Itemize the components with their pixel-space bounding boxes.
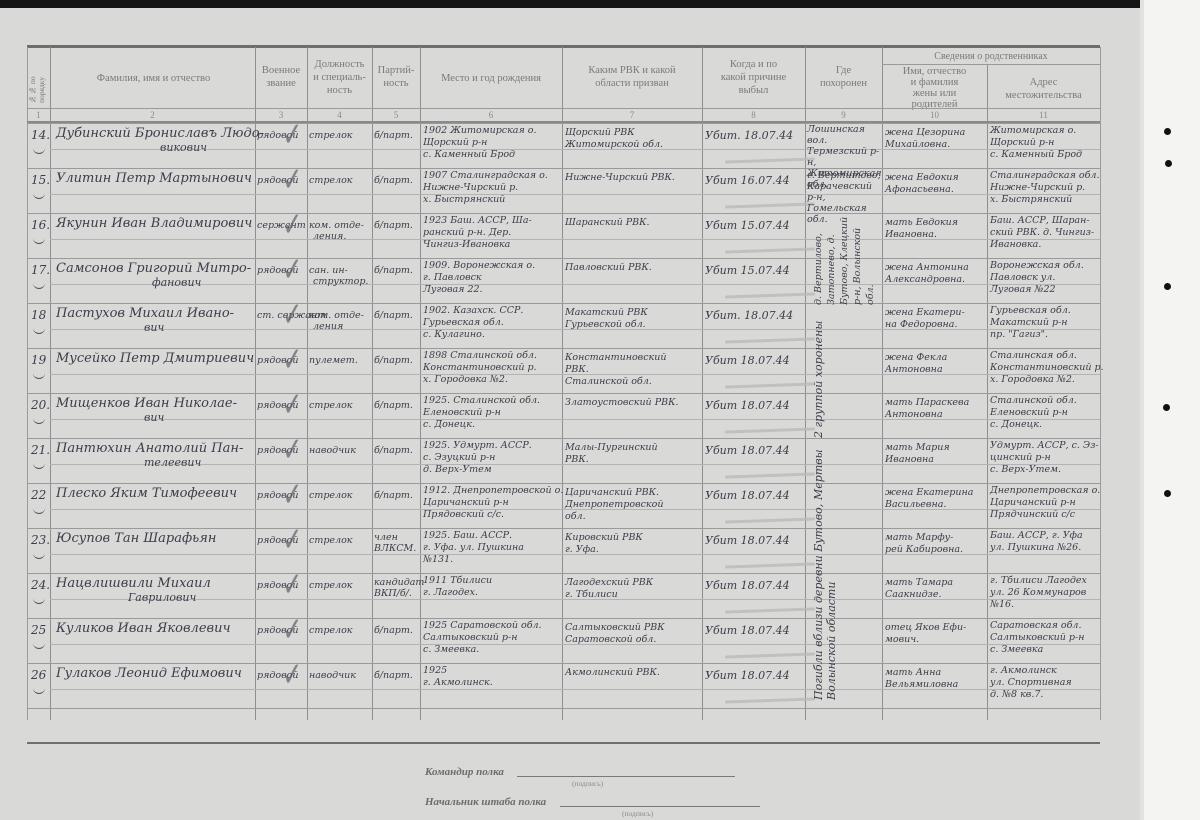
birth-place: с. Эзуцкий р-н xyxy=(423,452,495,463)
party: б/парт. xyxy=(374,355,413,366)
header-buried: Гдепохоронен xyxy=(805,64,882,90)
check-mark: ✓ xyxy=(282,295,302,335)
column-number: 11 xyxy=(987,110,1100,120)
address: г. Тбилиси Лагодех xyxy=(990,575,1087,586)
birth-place: 1912. Днепропетровской о. xyxy=(423,485,563,496)
header-party: Партий-ность xyxy=(372,64,420,90)
binding-hole xyxy=(1164,490,1171,497)
birth-place: с. Змеевка. xyxy=(423,644,479,655)
row-divider xyxy=(27,438,1100,439)
row-divider xyxy=(27,348,1100,349)
when-left: Убит 18.07.44 xyxy=(705,445,790,457)
address: с. Каменный Брод xyxy=(990,149,1082,160)
party: член xyxy=(374,532,398,543)
birth-place: 1925. Баш. АССР. xyxy=(423,530,512,541)
row-divider xyxy=(27,528,1100,529)
check-mark: ✓ xyxy=(282,340,302,380)
address: Павловск ул. xyxy=(990,272,1055,283)
column-divider xyxy=(50,47,51,720)
rvk: Константиновский xyxy=(565,352,666,363)
relative-name: Александровна. xyxy=(885,274,965,285)
birth-place: 1925. Сталинской обл. xyxy=(423,395,540,406)
rvk: РВК. xyxy=(565,364,589,375)
address: Щорский р-н xyxy=(990,137,1054,148)
birth-place: г. Лагодех. xyxy=(423,587,478,598)
table-top-rule xyxy=(27,45,1100,48)
address: Еленовский р-н xyxy=(990,407,1068,418)
birth-place: д. Верх-Утем xyxy=(423,464,492,475)
rvk: Житомирской обл. xyxy=(565,139,663,150)
table-border xyxy=(1100,47,1101,720)
address: Гурьевская обл. xyxy=(990,305,1071,316)
row-number: 21. xyxy=(31,444,50,456)
position: стрелок xyxy=(309,130,352,141)
soldier-name: Мусейко Петр Дмитриевич xyxy=(56,353,254,365)
address: х. Быстрянский xyxy=(990,194,1072,205)
row-divider xyxy=(27,708,1100,709)
soldier-name: Мищенков Иван Николае- xyxy=(56,398,237,410)
header-birth: Место и год рождения xyxy=(420,72,562,85)
column-number: 2 xyxy=(50,110,255,120)
address: с. Донецк. xyxy=(990,419,1042,430)
rvk: Лагодехский РВК xyxy=(565,577,653,588)
column-number: 5 xyxy=(372,110,420,120)
address: Константиновский р. xyxy=(990,362,1104,373)
rvk: РВК. xyxy=(565,454,589,465)
when-left: Убит 18.07.44 xyxy=(705,535,790,547)
party-cont: ВЛКСМ. xyxy=(374,543,416,554)
address: Житомирская о. xyxy=(990,125,1076,136)
row-divider xyxy=(27,483,1100,484)
binding-hole xyxy=(1164,283,1171,290)
rvk: Сталинской обл. xyxy=(565,376,652,387)
position: ком. отде- xyxy=(309,220,364,231)
birth-place: 1925 Саратовской обл. xyxy=(423,620,542,631)
rvk: Шаранский РВК. xyxy=(565,217,650,228)
rvk: г. Тбилиси xyxy=(565,589,618,600)
relative-name: рей Кабировна. xyxy=(885,544,963,555)
birth-place: Еленовский р-н xyxy=(423,407,501,418)
position-cont: структор. xyxy=(313,276,368,287)
relative-name: мать Параскева xyxy=(885,397,969,408)
position-cont: ления. xyxy=(313,231,346,242)
soldier-name-cont: телеевич xyxy=(144,457,201,469)
burial-note-5: Мертвы xyxy=(812,440,825,500)
soldier-name: Нацвлишвили Михаил xyxy=(56,578,211,590)
rvk: Царичанский РВК. xyxy=(565,487,659,498)
row-number: 24. xyxy=(31,579,50,591)
rvk: Павловский РВК. xyxy=(565,262,652,273)
soldier-name: Плеско Яким Тимофеевич xyxy=(56,488,237,500)
column-number: 9 xyxy=(805,110,882,120)
row-divider xyxy=(27,213,1100,214)
birth-place: 1925 xyxy=(423,665,447,676)
column-divider xyxy=(702,47,703,720)
address: ский РВК. д. Чингиз- xyxy=(990,227,1094,238)
position-cont: ления xyxy=(313,321,343,332)
address: Макатский р-н xyxy=(990,317,1068,328)
position: стрелок xyxy=(309,490,352,501)
column-number: 4 xyxy=(307,110,372,120)
row-divider xyxy=(27,663,1100,664)
check-mark: ✓ xyxy=(282,115,302,155)
birth-place: 1907 Сталинградская о. xyxy=(423,170,548,181)
address: Днепропетровская о. xyxy=(990,485,1100,496)
address: Салтыковский р-н xyxy=(990,632,1084,643)
row-number: 15. xyxy=(31,174,50,186)
address: Саратовская обл. xyxy=(990,620,1082,631)
relative-name: мович. xyxy=(885,634,919,645)
relative-name: Ивановна. xyxy=(885,229,937,240)
relative-name: Васильевна. xyxy=(885,499,946,510)
address: Сталинской обл. xyxy=(990,395,1077,406)
check-mark: ✓ xyxy=(282,655,302,695)
birth-place: 1902 Житомирская о. xyxy=(423,125,537,136)
chief-signature-line[interactable] xyxy=(560,806,760,807)
birth-place: ранский р-н. Дер. xyxy=(423,227,511,238)
when-left: Убит. 18.07.44 xyxy=(705,130,793,142)
rvk: Малы-Пургинский xyxy=(565,442,658,453)
rvk: Кировский РВК xyxy=(565,532,643,543)
relative-name: Афонасьевна. xyxy=(885,184,954,195)
position: стрелок xyxy=(309,400,352,411)
chief-signature-caption: (подпись) xyxy=(622,809,653,818)
soldier-name-cont: вич xyxy=(144,322,164,334)
address: ул. Спортивная xyxy=(990,677,1072,688)
address: ул. Пушкина №26. xyxy=(990,542,1081,553)
when-left: Убит 18.07.44 xyxy=(705,670,790,682)
column-divider xyxy=(372,47,373,720)
birth-place: Луговая 22. xyxy=(423,284,483,295)
burial-note-6: Погибли вблизи деревни Бутово, Волынской… xyxy=(812,500,846,700)
rvk: Акмолинский РВК. xyxy=(565,667,660,678)
party: б/парт. xyxy=(374,490,413,501)
commander-signature-caption: (подпись) xyxy=(572,779,603,788)
party: б/парт. xyxy=(374,310,413,321)
birth-place: х. Быстрянский xyxy=(423,194,505,205)
party: кандидат xyxy=(374,577,424,588)
birth-place: с. Донецк. xyxy=(423,419,475,430)
row-number: 16. xyxy=(31,219,50,231)
relative-name: мать Мария xyxy=(885,442,950,453)
position: наводчик xyxy=(309,445,356,456)
address: г. Акмолинск xyxy=(990,665,1057,676)
relative-name: Саакнидзе. xyxy=(885,589,942,600)
position: стрелок xyxy=(309,625,352,636)
row-number: 25 xyxy=(31,624,46,636)
relative-name: мать Анна xyxy=(885,667,941,678)
birth-place: Царичанский р-н xyxy=(423,497,509,508)
header-divider xyxy=(27,108,1100,109)
address: №16. xyxy=(990,599,1014,610)
birth-place: Гурьевская обл. xyxy=(423,317,504,328)
birth-place: г. Акмолинск. xyxy=(423,677,493,688)
check-mark: ✓ xyxy=(282,250,302,290)
rvk: Гурьевской обл. xyxy=(565,319,646,330)
header-when: Когда и покакой причиневыбыл xyxy=(702,58,805,97)
check-mark: ✓ xyxy=(282,385,302,425)
rvk: обл. xyxy=(565,511,586,522)
birth-place: Щорский р-н xyxy=(423,137,487,148)
column-divider xyxy=(987,64,988,720)
row-divider xyxy=(27,393,1100,394)
soldier-name: Пастухов Михаил Ивано- xyxy=(56,308,234,320)
relative-name: жена Цезорина xyxy=(885,127,965,138)
relative-name: мать Евдокия xyxy=(885,217,958,228)
column-number: 6 xyxy=(420,110,562,120)
rvk: Макатский РВК xyxy=(565,307,648,318)
rvk: Салтыковский РВК xyxy=(565,622,665,633)
party: б/парт. xyxy=(374,130,413,141)
party: б/парт. xyxy=(374,220,413,231)
birth-place: 1902. Казахск. ССР. xyxy=(423,305,523,316)
row-divider xyxy=(27,303,1100,304)
soldier-name-cont: фанович xyxy=(152,277,201,289)
relative-name: жена Антонина xyxy=(885,262,969,273)
rvk: Златоустовский РВК. xyxy=(565,397,678,408)
column-number: 10 xyxy=(882,110,987,120)
relative-name: мать Тамара xyxy=(885,577,953,588)
when-left: Убит 18.07.44 xyxy=(705,490,790,502)
rvk: г. Уфа. xyxy=(565,544,599,555)
column-divider xyxy=(562,47,563,720)
party: б/парт. xyxy=(374,400,413,411)
address: с. Змеевка xyxy=(990,644,1043,655)
header-name: Фамилия, имя и отчество xyxy=(52,72,255,85)
party: б/парт. xyxy=(374,625,413,636)
relative-name: жена Фекла xyxy=(885,352,947,363)
party: б/парт. xyxy=(374,445,413,456)
soldier-name: Куликов Иван Яковлевич xyxy=(56,623,231,635)
when-left: Убит 18.07.44 xyxy=(705,625,790,637)
birth-place: Салтыковский р-н xyxy=(423,632,517,643)
party: б/парт. xyxy=(374,670,413,681)
position: пулемет. xyxy=(309,355,358,366)
check-mark: ✓ xyxy=(282,430,302,470)
birth-place: 1909. Воронежская о. xyxy=(423,260,535,271)
relative-name: Антоновна xyxy=(885,364,943,375)
header-relatives-group: Сведения о родственниках xyxy=(882,50,1100,63)
address: Сталинская обл. xyxy=(990,350,1077,361)
when-left: Убит 18.07.44 xyxy=(705,580,790,592)
birth-place: Константиновский р. xyxy=(423,362,537,373)
address: Баш. АССР, Шаран- xyxy=(990,215,1090,226)
header-col-number: №№ по порядку xyxy=(28,72,50,108)
column-number: 1 xyxy=(27,110,50,120)
soldier-name: Улитин Петр Мартынович xyxy=(56,173,252,185)
address: д. №8 кв.7. xyxy=(990,689,1043,700)
soldier-name: Дубинский Брониславъ Людо- xyxy=(56,128,264,140)
party: б/парт. xyxy=(374,265,413,276)
row-number: 17. xyxy=(31,264,50,276)
relative-name: жена Евдокия xyxy=(885,172,959,183)
address: пр. "Гагиз". xyxy=(990,329,1048,340)
column-divider xyxy=(307,47,308,720)
row-divider xyxy=(27,168,1100,169)
header-address: Адресместожительства xyxy=(987,76,1100,102)
row-divider xyxy=(27,573,1100,574)
when-left: Убит 15.07.44 xyxy=(705,265,790,277)
burial-note-4: 2 группой хоронены xyxy=(812,318,825,438)
relative-name: Антоновна xyxy=(885,409,943,420)
soldier-name: Пантюхин Анатолий Пан- xyxy=(56,443,243,455)
birth-place: 1911 Тбилиси xyxy=(423,575,492,586)
birth-place: с. Каменный Брод xyxy=(423,149,515,160)
soldier-name-cont: Гаврилович xyxy=(128,592,196,604)
birth-place: Чингиз-Ивановка xyxy=(423,239,510,250)
binding-hole xyxy=(1163,404,1170,411)
row-divider xyxy=(27,258,1100,259)
soldier-name: Юсупов Тан Шарафьян xyxy=(56,533,216,545)
header-position: Должностьи специаль-ность xyxy=(307,58,372,97)
position: наводчик xyxy=(309,670,356,681)
address: Удмурт. АССР, с. Эз- xyxy=(990,440,1099,451)
header-relative-name: Имя, отчествои фамилияжены илиродителей xyxy=(882,66,987,110)
position: ком. отде- xyxy=(309,310,364,321)
rvk: Щорский РВК xyxy=(565,127,635,138)
address: ул. 26 Коммунаров xyxy=(990,587,1086,598)
when-left: Убит 16.07.44 xyxy=(705,175,790,187)
address: Сталинградская обл. xyxy=(990,170,1100,181)
soldier-name: Самсонов Григорий Митро- xyxy=(56,263,251,275)
when-left: Убит. 18.07.44 xyxy=(705,310,793,322)
burial-note-3: д. Вертилово, Затопнево, д. Бутово, Клец… xyxy=(812,215,882,305)
relative-name: Михайловна. xyxy=(885,139,950,150)
party-cont: ВКП/б/. xyxy=(374,588,412,599)
rvk: Днепропетровской xyxy=(565,499,663,510)
relative-name: Ивановна xyxy=(885,454,934,465)
birth-place: х. Городовка №2. xyxy=(423,374,508,385)
row-divider xyxy=(27,618,1100,619)
table-border xyxy=(27,47,28,720)
birth-place: Прядовский с/с. xyxy=(423,509,504,520)
soldier-name: Гулаков Леонид Ефимович xyxy=(56,668,242,680)
position: сан. ин- xyxy=(309,265,348,276)
row-number: 18 xyxy=(31,309,46,321)
binding-hole xyxy=(1164,128,1171,135)
row-number: 19 xyxy=(31,354,46,366)
birth-place: 1925. Удмурт. АССР. xyxy=(423,440,532,451)
check-mark: ✓ xyxy=(282,565,302,605)
check-mark: ✓ xyxy=(282,520,302,560)
soldier-name-cont: вич xyxy=(144,412,164,424)
chief-of-staff-label: Начальник штаба полка xyxy=(425,796,546,808)
birth-place: с. Кулагино. xyxy=(423,329,485,340)
address: Воронежская обл. xyxy=(990,260,1084,271)
birth-place: Нижне-Чирский р. xyxy=(423,182,518,193)
birth-place: 1898 Сталинской обл. xyxy=(423,350,537,361)
rvk: Нижне-Чирский РВК. xyxy=(565,172,675,183)
rvk: Саратовской обл. xyxy=(565,634,656,645)
commander-signature-line[interactable] xyxy=(517,776,735,777)
birth-place: 1923 Баш. АССР, Ша- xyxy=(423,215,532,226)
party: б/парт. xyxy=(374,175,413,186)
position: стрелок xyxy=(309,580,352,591)
header-rvk: Каким РВК и какойобласти призван xyxy=(562,64,702,90)
address: Прядчинский с/с xyxy=(990,509,1075,520)
row-subdivider xyxy=(50,239,1100,240)
birth-place: г. Уфа. ул. Пушкина xyxy=(423,542,524,553)
address: Царичанский р-н xyxy=(990,497,1076,508)
relative-name: отец Яков Ефи- xyxy=(885,622,966,633)
birth-place: г. Павловск xyxy=(423,272,482,283)
row-number: 26 xyxy=(31,669,46,681)
address: Нижне-Чирский р. xyxy=(990,182,1085,193)
relative-name: жена Екатерина xyxy=(885,487,973,498)
when-left: Убит 18.07.44 xyxy=(705,355,790,367)
column-divider xyxy=(255,47,256,720)
when-left: Убит 18.07.44 xyxy=(705,400,790,412)
row-divider xyxy=(27,123,1100,124)
row-number: 20. xyxy=(31,399,50,411)
check-mark: ✓ xyxy=(282,610,302,650)
check-mark: ✓ xyxy=(282,205,302,245)
row-number: 14. xyxy=(31,129,50,141)
position: стрелок xyxy=(309,175,352,186)
column-number: 8 xyxy=(702,110,805,120)
position: стрелок xyxy=(309,535,352,546)
row-number: 23. xyxy=(31,534,50,546)
column-divider xyxy=(420,47,421,720)
relative-name: мать Марфу- xyxy=(885,532,953,543)
column-divider xyxy=(882,47,883,720)
address: х. Городовка №2. xyxy=(990,374,1075,385)
relative-name: жена Екатери- xyxy=(885,307,965,318)
check-mark: ✓ xyxy=(282,475,302,515)
address: Ивановка. xyxy=(990,239,1041,250)
page-margin xyxy=(1140,0,1200,820)
address: цинский р-н xyxy=(990,452,1051,463)
soldier-name: Якунин Иван Владимирович xyxy=(56,218,252,230)
header-rank: Военноезвание xyxy=(255,64,307,90)
address: с. Верх-Утем. xyxy=(990,464,1061,475)
check-mark: ✓ xyxy=(282,160,302,200)
relative-name: на Федоровна. xyxy=(885,319,957,330)
column-number: 7 xyxy=(562,110,702,120)
row-number: 22 xyxy=(31,489,46,501)
address: Баш. АССР, г. Уфа xyxy=(990,530,1083,541)
when-left: Убит 15.07.44 xyxy=(705,220,790,232)
commander-label: Командир полка xyxy=(425,766,504,778)
address: Луговая №22 xyxy=(990,284,1056,295)
header-group-divider xyxy=(882,64,1100,65)
soldier-name-cont: викович xyxy=(160,142,207,154)
binding-hole xyxy=(1165,160,1172,167)
table-bottom-rule xyxy=(27,742,1100,744)
birth-place: №131. xyxy=(423,554,453,565)
relative-name: Вельямиловна xyxy=(885,679,958,690)
